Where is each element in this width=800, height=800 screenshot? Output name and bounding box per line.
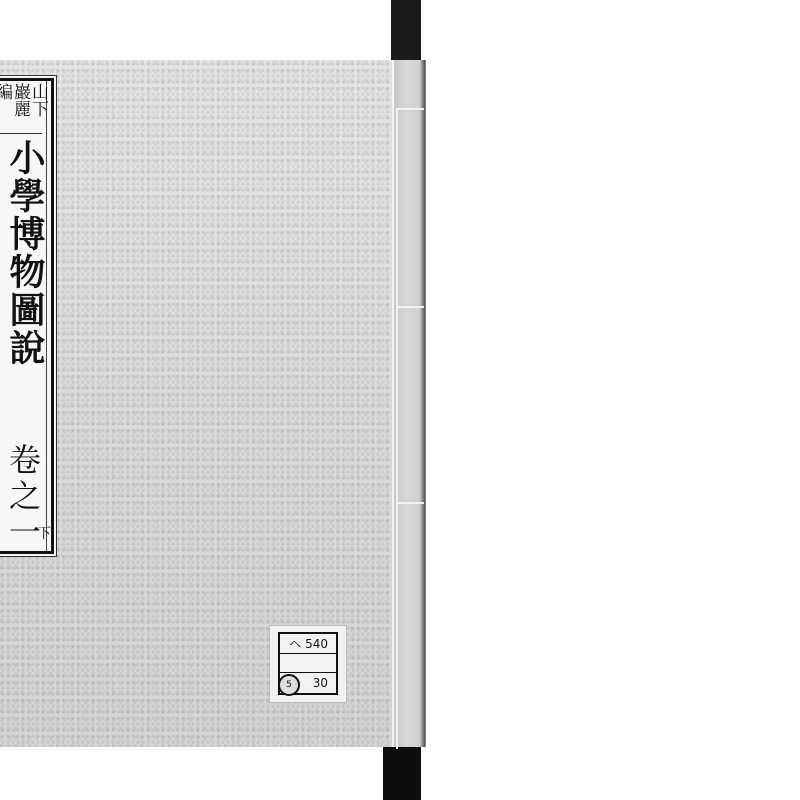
volume-number: 卷之一 [5,443,41,551]
call-row-3: 5 30 [280,673,336,693]
author-line-2: 巖麗 [11,83,29,117]
author-line-3: 編 [0,83,11,100]
call-number-grid: ヘ 540 5 30 [278,632,338,695]
page-holder-bottom [383,747,421,800]
binding-segment [396,502,424,749]
author-block: 山下 巖麗 編 [0,81,42,134]
book-title: 小學博物圖說 [5,139,45,367]
library-stamp-icon: 5 [278,674,300,696]
title-label: 山下 巖麗 編 小學博物圖說 卷之一 下 [0,78,54,554]
author-line-1: 山下 [29,83,47,117]
call-row-2 [280,654,336,674]
call-number-label: ヘ 540 5 30 [269,625,347,703]
page-holder-top [391,0,421,62]
call-row-3-value: 30 [313,676,328,690]
volume-part: 下 [37,523,51,543]
call-row-1: ヘ 540 [280,634,336,654]
binding-segment [396,108,424,310]
binding-segment [396,306,424,506]
